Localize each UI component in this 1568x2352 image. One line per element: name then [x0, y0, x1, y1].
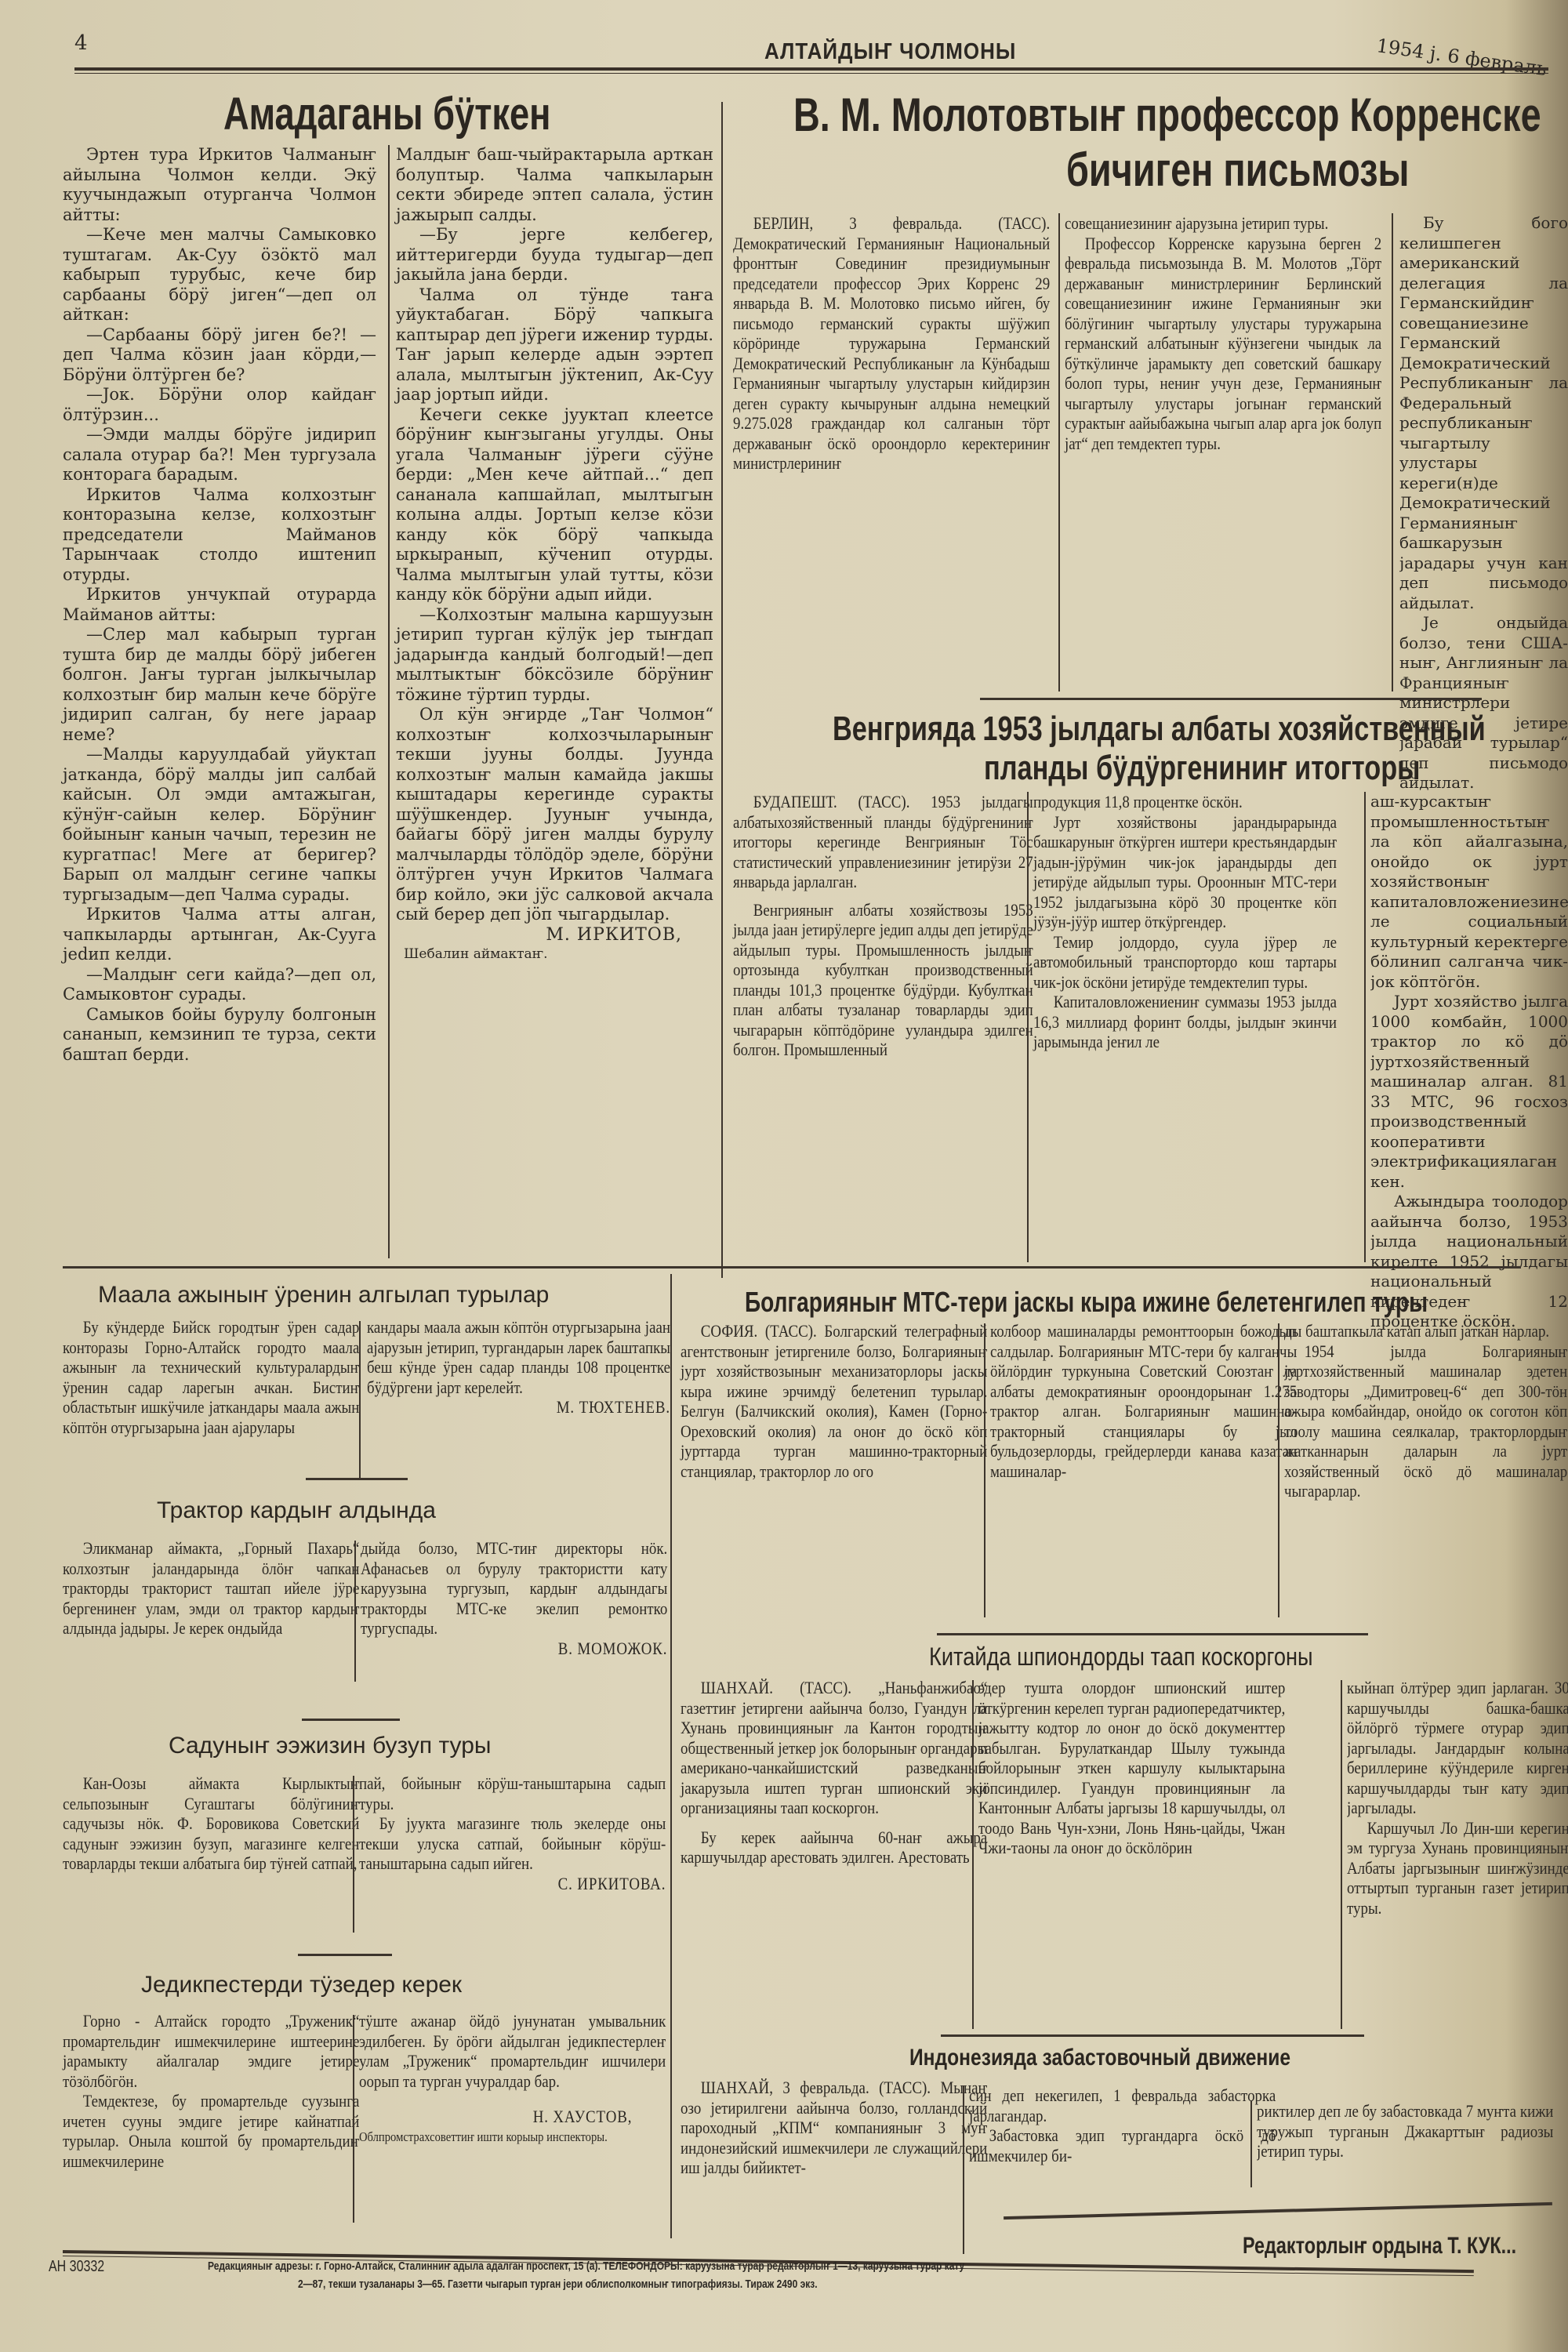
paragraph: продукция 11,8 процентке ӧскӧн. [1033, 792, 1337, 812]
paragraph: Јурт хозяйствоны јарандырарында башкарун… [1033, 812, 1337, 932]
article-bolgariya-col2: колбоор машиналарды ремонттоорын божодып… [990, 1321, 1297, 1481]
column-divider [972, 1680, 974, 2029]
article-kitay-col1: ШАНХАЙ. (ТАСС). „Наньфанжибао“ газеттиҥ … [681, 1678, 987, 1867]
paragraph: аш-курсактыҥ промышленностьтыҥ ла кӧп ай… [1370, 792, 1568, 992]
column-divider [388, 145, 390, 1258]
paragraph: Венгрияныҥ албаты хозяйствозы 1953 јылда… [733, 900, 1033, 1060]
article-separator [980, 698, 1482, 700]
column-divider [984, 1323, 985, 1617]
paragraph: Самыков бойы бурулу болгонын сананып, ке… [63, 1005, 376, 1065]
article-title-molotov-line1: В. М. Молотовтыҥ профессор Корренске [793, 88, 1541, 142]
article-amadagany-col2: Малдыҥ баш-чыйрактарыла арткан болуптыр.… [396, 145, 713, 965]
article-separator [1004, 2202, 1552, 2220]
article-title-bolgariya: Болгарияныҥ МТС-тери јаскы кыра ижине бе… [745, 1286, 1428, 1319]
paragraph: —Слер мал кабырып турган тушта бир де ма… [63, 625, 376, 745]
paragraph: Чалма ол тӱнде таҥа уйуктабаган. Бӧрӱ ча… [396, 285, 713, 405]
paragraph: риктилер деп ле бу забастовкада 7 муҥта … [1257, 2101, 1553, 2161]
paragraph: Бу керек аайынча 60-наҥ ажыра каршучылда… [681, 1828, 987, 1867]
paragraph: —Јок. Бӧрӱни олор кайдаҥ ӧлтӱрзин... [63, 385, 376, 425]
article-title-kitay: Китайда шпиондорды таап коскоргоны [929, 1642, 1313, 1671]
paragraph: Эликманар аймакта, „Горный Пахарь“ колхо… [63, 1538, 359, 1639]
article-amadagany-col1: Эртен тура Иркитов Чалманыҥ айылына Чолм… [63, 145, 376, 1065]
paragraph: тӱште ажанар ӧйдӧ јунунатан умывальник э… [359, 2011, 666, 2091]
column-divider [1250, 2101, 1252, 2187]
article-bolgariya-col1: СОФИЯ. (ТАСС). Болгарский телеграфный аг… [681, 1321, 987, 1481]
article-kitay-col2: эдер тушта олордоҥ шпионский иштер ӧткӱр… [978, 1678, 1285, 1858]
author-signature: С. ИРКИТОВА. [359, 1874, 666, 1894]
column-divider [1392, 213, 1393, 691]
paragraph: Ол кӱн эҥирде „Таҥ Чолмон“ колхозтыҥ кол… [396, 705, 713, 925]
article-title-indoneziya: Индонезияда забастовочный движение [909, 2045, 1290, 2071]
paragraph: Горно - Алтайск городто „Труженик“ прома… [63, 2011, 359, 2091]
paragraph: эдер тушта олордоҥ шпионский иштер ӧткӱр… [978, 1678, 1285, 1858]
paragraph: Темир јолдордо, суула јӱрер ле автомобил… [1033, 932, 1337, 993]
paragraph: Каршучыл Ло Дин-ши керегин эм тургуза Ху… [1347, 1818, 1568, 1918]
paragraph: 1954 јылда Болгарияныҥ јуртхозяйственный… [1284, 1341, 1567, 1501]
article-indoneziya-col2: син деп некегилеп, 1 февральда забасторк… [969, 2085, 1276, 2165]
author-signature: В. МОМОЖОК. [361, 1639, 667, 1659]
paragraph: Иркитов унчукпай отурарда Майманов айтты… [63, 585, 376, 625]
article-jedikpes-col1: Горно - Алтайск городто „Труженик“ прома… [63, 2011, 359, 2171]
article-maala-col2: кандары маала ажын кӧптӧн отургызарына ј… [367, 1317, 670, 1417]
article-traktor-col2: дыйда болзо, МТС-тиҥ директоры нӧк. Афан… [361, 1538, 667, 1658]
column-divider [1341, 1680, 1342, 2029]
article-saduny-col2: пай, бойыныҥ кӧрӱш-таныштарына садып тур… [359, 1773, 666, 1893]
article-separator [937, 1633, 1368, 1635]
column-divider [1364, 792, 1366, 1262]
paragraph: Бу бого келишпеген американский делегаци… [1399, 213, 1568, 613]
paragraph: син деп некегилеп, 1 февральда забасторк… [969, 2085, 1276, 2125]
column-divider [1278, 1323, 1279, 1617]
article-separator [298, 1954, 392, 1956]
paragraph: дыйда болзо, МТС-тиҥ директоры нӧк. Афан… [361, 1538, 667, 1639]
masthead-rule [74, 67, 1548, 74]
paragraph: Кечеги секке јууктап клеетсе бӧрӱниҥ кыҥ… [396, 405, 713, 605]
newspaper-page: 4 АЛТАЙДЫҤ ЧОЛМОНЫ 1954 ј. 6 февраль Ама… [0, 0, 1568, 2352]
column-divider [353, 2015, 354, 2223]
paragraph: ШАНХАЙ. (ТАСС). „Наньфанжибао“ газеттиҥ … [681, 1678, 987, 1818]
paragraph: Иркитов Чалма колхозтыҥ конторазына келз… [63, 485, 376, 586]
author-signature: М. ИРКИТОВ, [396, 925, 713, 946]
paragraph: —Колхозтыҥ малына каршуузын јетирип тург… [396, 605, 713, 706]
paragraph: ды баштапкыла катап алып јаткан нарлар. [1284, 1321, 1567, 1341]
article-title-molotov-line2: бичиген письмозы [1066, 143, 1409, 197]
paragraph: —Бу јерге келбегер, ийттеригерди бууда т… [396, 225, 713, 285]
masthead: 4 АЛТАЙДЫҤ ЧОЛМОНЫ 1954 ј. 6 февраль [74, 31, 1548, 63]
paragraph: Је ондыйда болзо, тени США-ныҥ, Англияны… [1399, 613, 1568, 793]
article-vengriya-col3: аш-курсактыҥ промышленностьтыҥ ла кӧп ай… [1370, 792, 1568, 1332]
paragraph: кандары маала ажын кӧптӧн отургызарына ј… [367, 1317, 670, 1397]
article-maala-col1: Бу кӱндерде Бийск городтыҥ ӱрен садар ко… [63, 1317, 359, 1437]
article-separator [306, 1478, 408, 1480]
author-signature: Н. ХАУСТОВ, [359, 2107, 666, 2127]
paragraph: совещаниезиниҥ ајарузына јетирип туры. [1065, 213, 1381, 234]
section-divider [670, 1274, 672, 2238]
paragraph: пай, бойыныҥ кӧрӱш-таныштарына садып тур… [359, 1773, 666, 1813]
article-molotov-col1: БЕРЛИН, 3 февральда. (ТАСС). Демократиче… [733, 213, 1050, 474]
column-divider [353, 1776, 354, 1933]
article-bolgariya-col3: ды баштапкыла катап алып јаткан нарлар. … [1284, 1321, 1567, 1501]
footer-address-line1: Редакцияныҥ адрезы: г. Горно-Алтайск, Ст… [208, 2259, 964, 2273]
paragraph: СОФИЯ. (ТАСС). Болгарский телеграфный аг… [681, 1321, 987, 1481]
paragraph: Кан-Оозы аймакта Кырлыктыҥ сельпозыныҥ С… [63, 1773, 359, 1874]
paragraph: —Эмди малды бӧрӱге јидирип салала отурар… [63, 425, 376, 485]
column-divider [963, 2085, 964, 2254]
article-title-amadagany: Амадаганы бӱткен [223, 88, 551, 140]
article-indoneziya-col1: ШАНХАЙ, 3 февральда. (ТАСС). Мынаҥ озо ј… [681, 2078, 987, 2178]
column-divider [354, 1541, 356, 1682]
paragraph: БУДАПЕШТ. (ТАСС). 1953 јылдагы албатыхоз… [733, 792, 1033, 892]
paragraph: колбоор машиналарды ремонттоорын божодып… [990, 1321, 1297, 1481]
article-molotov-col3: Бу бого келишпеген американский делегаци… [1399, 213, 1568, 793]
article-kitay-col3: кыйнап ӧлтӱрер эдип јарлаган. 30 каршучы… [1347, 1678, 1568, 1918]
paragraph: Бу јуукта магазинге тюль экелерде оны те… [359, 1813, 666, 1874]
article-title-vengriya-line2: планды бӱдӱргениниҥ итогторы [984, 749, 1420, 788]
article-separator [941, 2034, 1364, 2037]
section-divider [721, 102, 723, 1278]
article-title-saduny: Садуныҥ ээжизин бузуп туры [169, 1733, 491, 1759]
paragraph: —Малды каруулдабай уйуктап јатканда, бӧр… [63, 745, 376, 905]
newspaper-name: АЛТАЙДЫҤ ЧОЛМОНЫ [764, 38, 1016, 64]
article-title-maala: Маала ажыныҥ ӱренин алгылап турылар [98, 1282, 549, 1308]
paragraph: Эртен тура Иркитов Чалманыҥ айылына Чолм… [63, 145, 376, 225]
column-divider [359, 1321, 361, 1478]
author-signature: М. ТЮХТЕНЕВ. [367, 1397, 670, 1417]
paragraph: Капиталовложениениҥ суммазы 1953 јылда 1… [1033, 992, 1337, 1052]
author-location: Шебалин аймактаҥ. [396, 945, 713, 965]
section-separator [63, 1266, 1521, 1269]
editor-signature: Редакторлыҥ ордына Т. КУК... [1243, 2233, 1516, 2259]
article-title-jedikpes: Једикпестерди тӱзедер керек [141, 1972, 462, 1998]
paragraph: Темдектезе, бу промартельде суузынга иче… [63, 2091, 359, 2171]
page-number: 4 [74, 31, 88, 55]
paragraph: —Кече мен малчы Самыковко туштагам. Ак-С… [63, 225, 376, 325]
footer-address-line2: 2—87, текши тузаланары 3—65. Газетти чыг… [298, 2278, 818, 2291]
paragraph: Јурт хозяйство јылга 1000 комбайн, 1000 … [1370, 992, 1568, 1192]
article-vengriya-col1: БУДАПЕШТ. (ТАСС). 1953 јылдагы албатыхоз… [733, 792, 1033, 1060]
article-molotov-col2: совещаниезиниҥ ајарузына јетирип туры. П… [1065, 213, 1381, 453]
column-divider [1058, 213, 1060, 691]
paragraph: Иркитов Чалма атты алган, чапкыларды арт… [63, 905, 376, 965]
paragraph: —Малдыҥ сеги кайда?—деп ол, Самыковтоҥ с… [63, 965, 376, 1005]
article-traktor-col1: Эликманар аймакта, „Горный Пахарь“ колхо… [63, 1538, 359, 1639]
column-divider [1027, 792, 1029, 1262]
paragraph: Профессор Корренске карузына берген 2 фе… [1065, 234, 1381, 454]
paragraph: Малдыҥ баш-чыйрактарыла арткан болуптыр.… [396, 145, 713, 225]
paragraph: ШАНХАЙ, 3 февральда. (ТАСС). Мынаҥ озо ј… [681, 2078, 987, 2178]
article-title-vengriya-line1: Венгрияда 1953 јылдагы албаты хозяйствен… [833, 710, 1486, 749]
article-saduny-col1: Кан-Оозы аймакта Кырлыктыҥ сельпозыныҥ С… [63, 1773, 359, 1874]
article-jedikpes-col2: тӱште ажанар ӧйдӧ јунунатан умывальник э… [359, 2011, 666, 2147]
paragraph: Забастовка эдип тургандарга ӧскӧ дӧ ишме… [969, 2125, 1276, 2165]
paragraph: кыйнап ӧлтӱрер эдип јарлаган. 30 каршучы… [1347, 1678, 1568, 1818]
article-separator [302, 1719, 400, 1721]
footer-index: АН 30332 [49, 2258, 104, 2276]
paragraph: Бу кӱндерде Бийск городтыҥ ӱрен садар ко… [63, 1317, 359, 1437]
article-vengriya-col2: продукция 11,8 процентке ӧскӧн. Јурт хоз… [1033, 792, 1337, 1052]
article-indoneziya-col3: риктилер деп ле бу забастовкада 7 муҥта … [1257, 2101, 1553, 2161]
author-title: Облпромстрахсоветтиҥ ишти корыыр инспект… [359, 2127, 666, 2147]
paragraph: БЕРЛИН, 3 февральда. (ТАСС). Демократиче… [733, 213, 1050, 474]
paragraph: —Сарбааны бӧрӱ јиген бе?! —деп Чалма кӧз… [63, 325, 376, 386]
article-title-traktor: Трактор кардыҥ алдында [157, 1497, 436, 1524]
